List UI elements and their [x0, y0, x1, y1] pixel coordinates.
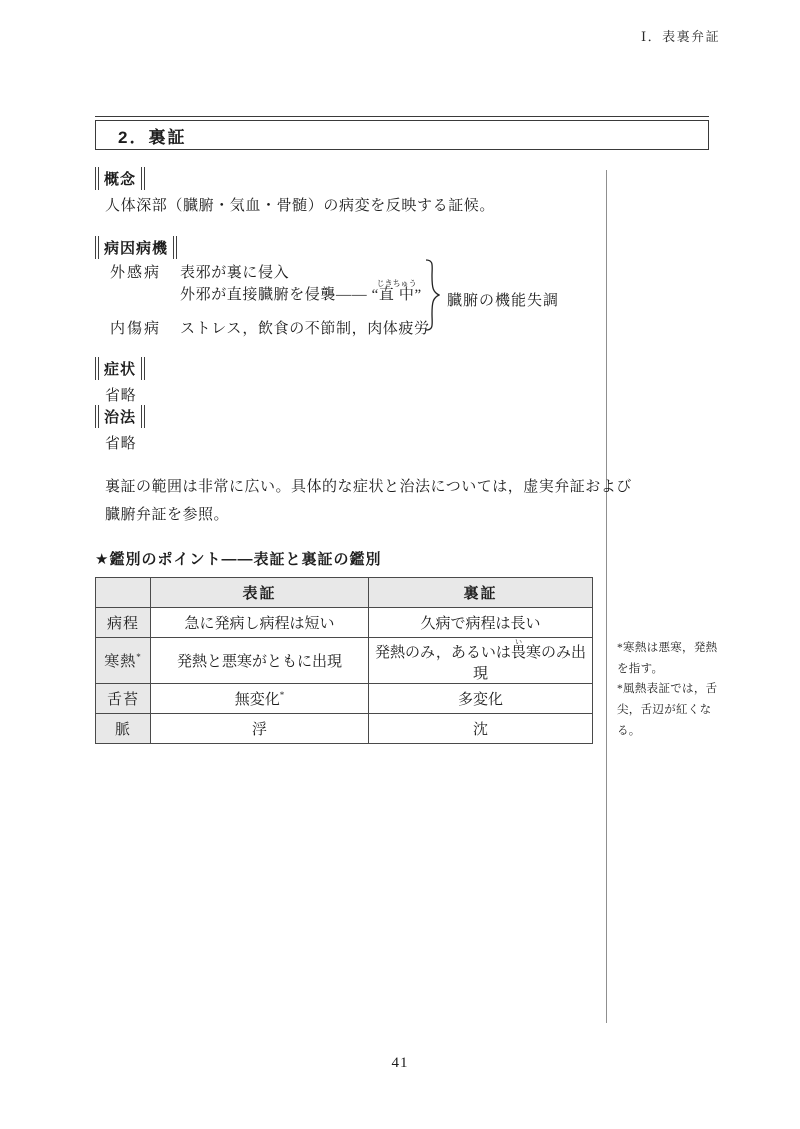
diff-table-wrap: 表証 裏証 病程 急に発病し病程は短い 久病で病程は長い 寒熱* 発熱と悪寒がと… [95, 577, 593, 744]
pathogenesis-line2-text: 外邪が直接臓腑を侵襲—— “直中じきちゅう” [180, 279, 422, 303]
cell-byotei-hyosho: 急に発病し病程は短い [151, 608, 369, 638]
section-treatment-body: 省略 [105, 432, 136, 453]
cell-kannetsu-risho: 発熱のみ，あるいは畏い寒のみ出現 [369, 638, 593, 684]
table-row-zettai: 舌苔 無変化* 多変化 [96, 684, 593, 714]
cell-byotei-risho: 久病で病程は長い [369, 608, 593, 638]
ikan-ruby: 畏い [511, 645, 526, 661]
pathogenesis-label-gaikan: 外感病 [110, 261, 161, 282]
section-symptoms-body: 省略 [105, 384, 136, 405]
row-label-kannetsu: 寒熱* [96, 638, 151, 684]
running-header: Ⅰ．表裏弁証 [641, 26, 720, 45]
section-concept-body: 人体深部（臓腑・気血・骨髄）の病変を反映する証候。 [105, 194, 495, 215]
cell-kannetsu-hyosho: 発熱と悪寒がともに出現 [151, 638, 369, 684]
page-number: 41 [0, 1055, 800, 1072]
brace-icon [424, 258, 440, 337]
row-label-zettai: 舌苔 [96, 684, 151, 714]
row-label-byotei: 病程 [96, 608, 151, 638]
cell-myaku-risho: 沈 [369, 714, 593, 744]
diff-table: 表証 裏証 病程 急に発病し病程は短い 久病で病程は長い 寒熱* 発熱と悪寒がと… [95, 577, 593, 744]
cell-zettai-hyosho: 無変化* [151, 684, 369, 714]
table-row-myaku: 脈 浮 沈 [96, 714, 593, 744]
jikichu-ruby: 直中じきちゅう [379, 287, 415, 303]
col-header-hyosho: 表証 [151, 578, 369, 608]
pathogenesis-line3-text: ストレス，飲食の不節制，肉体疲労 [180, 317, 430, 338]
cell-myaku-hyosho: 浮 [151, 714, 369, 744]
section-concept-heading: 概念 [95, 167, 145, 190]
chapter-title: 2．裏証 [95, 120, 709, 150]
corner-cell [96, 578, 151, 608]
section-pathogenesis-heading: 病因病機 [95, 236, 177, 259]
pathogenesis-label-naisho: 内傷病 [110, 317, 161, 338]
chapter-title-box: 2．裏証 [95, 116, 709, 150]
note-paragraph: 裏証の範囲は非常に広い。具体的な症状と治法については，虚実弁証および臓腑弁証を参… [105, 474, 642, 530]
side-note-2: *風熱表証では，舌尖，舌辺が紅くなる。 [617, 679, 721, 741]
margin-rule [606, 170, 607, 1023]
table-heading: ★鑑別のポイント——表証と裏証の鑑別 [95, 548, 381, 569]
table-row-kannetsu: 寒熱* 発熱と悪寒がともに出現 発熱のみ，あるいは畏い寒のみ出現 [96, 638, 593, 684]
table-row-byotei: 病程 急に発病し病程は短い 久病で病程は長い [96, 608, 593, 638]
brace-result-text: 臓腑の機能失調 [447, 289, 559, 310]
section-treatment-heading: 治法 [95, 405, 145, 428]
side-notes: *寒熱は悪寒，発熱を指す。 *風熱表証では，舌尖，舌辺が紅くなる。 [617, 638, 721, 741]
section-symptoms-heading: 症状 [95, 357, 145, 380]
side-note-1: *寒熱は悪寒，発熱を指す。 [617, 638, 721, 679]
document-page: Ⅰ．表裏弁証 2．裏証 概念 人体深部（臓腑・気血・骨髄）の病変を反映する証候。… [0, 0, 800, 1129]
cell-zettai-risho: 多変化 [369, 684, 593, 714]
table-header-row: 表証 裏証 [96, 578, 593, 608]
col-header-risho: 裏証 [369, 578, 593, 608]
row-label-myaku: 脈 [96, 714, 151, 744]
title-top-rule [95, 116, 709, 117]
